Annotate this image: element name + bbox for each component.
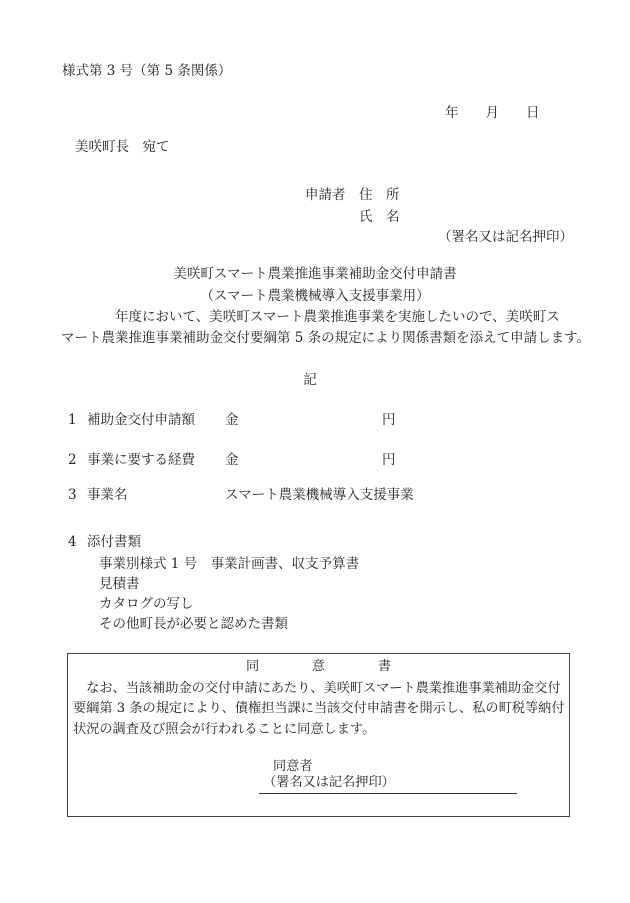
consent-body-line-3: 状況の調査及び照会が行われることに同意します。 [73,722,375,738]
attachment-item: その他町長が必要と認めた書類 [99,617,288,633]
item-number: 3 [68,488,77,504]
addressee: 美咲町長 宛て [75,140,170,156]
document-page: 様式第 3 号（第 5 条関係） 年 月 日 美咲町長 宛て 申請者 住 所 氏… [0,0,630,903]
item-number: 1 [68,413,77,429]
item-label: 事業に要する経費 [87,453,195,469]
attachment-item: 事業別様式 1 号 事業計画書、収支予算書 [99,557,359,573]
item-number: 4 [68,535,77,551]
signature-seal-note: （署名又は記名押印） [259,776,395,789]
attachment-item: カタログの写し [99,597,194,613]
item-label: 添付書類 [87,535,141,551]
applicant-address-line: 申請者 住 所 [305,188,400,204]
consent-body-line-2: 要綱第 3 条の規定により、債権担当課に当該交付申請書を開示し、私の町税等納付 [73,701,565,717]
amount-suffix: 円 [382,413,396,429]
applicant-name-line: 氏 名 [359,210,400,226]
amount-suffix: 円 [382,453,396,469]
applicant-seal-note: （署名又は記名押印） [438,230,573,246]
amount-prefix: 金 [225,453,239,469]
consent-box: 同 意 書 なお、当該補助金の交付申請にあたり、美咲町スマート農業推進事業補助金… [67,653,570,817]
document-subtitle: （スマート農業機械導入支援事業用） [0,289,630,305]
project-name-value: スマート農業機械導入支援事業 [225,488,414,504]
item-label: 補助金交付申請額 [87,413,195,429]
intro-line-2: マート農業推進事業補助金交付要綱第 5 条の規定により関係書類を添えて申請します… [61,331,590,347]
date-line: 年 月 日 [445,106,540,122]
consent-title: 同 意 書 [68,659,569,675]
signature-field: （署名又は記名押印） [259,776,517,794]
form-number: 様式第 3 号（第 5 条関係） [62,64,231,80]
intro-line-1: 年度において、美咲町スマート農業推進事業を実施したいので、美咲町ス [115,310,560,326]
consent-body-line-1: なお、当該補助金の交付申請にあたり、美咲町スマート農業推進事業補助金交付 [73,681,561,697]
item-number: 2 [68,453,77,469]
document-title: 美咲町スマート農業推進事業補助金交付申請書 [0,267,630,283]
ki-heading: 記 [0,373,620,389]
attachment-item: 見積書 [99,577,140,593]
item-label: 事業名 [87,488,128,504]
amount-prefix: 金 [225,413,239,429]
consent-signer-label: 同意者 [273,759,313,775]
